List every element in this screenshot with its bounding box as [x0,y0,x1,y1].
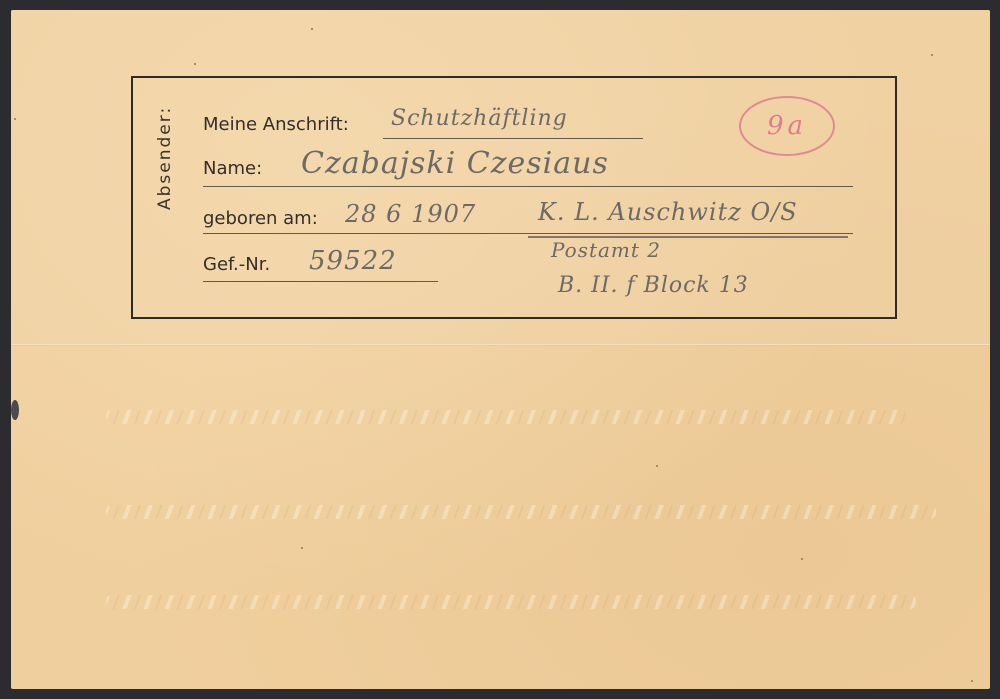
gef-nr-value: 59522 [309,246,397,276]
anschrift-label: Meine Anschrift: [203,114,349,135]
geboren-label: geboren am: [203,208,318,229]
geboren-value: 28 6 1907 [345,200,476,228]
paper-speck [801,558,803,560]
name-rule [203,186,853,187]
embossed-text-row [106,505,936,519]
paper-speck [656,465,658,467]
anschrift-rule [383,138,643,139]
address-line-3: B. II. f Block 13 [558,273,749,298]
paper-speck [931,54,933,56]
absender-label: Absender: [155,106,175,210]
sender-box: Absender: Meine Anschrift: Schutzhäftlin… [131,76,897,319]
paper-speck [971,680,973,682]
letter-sheet: Absender: Meine Anschrift: Schutzhäftlin… [11,10,990,689]
anschrift-value: Schutzhäftling [391,106,568,131]
address-line-2: Postamt 2 [551,238,661,262]
gef-nr-rule [203,281,438,282]
paper-speck [194,63,196,65]
embossed-text-row [106,410,906,424]
name-value: Czabajski Czesiaus [301,146,609,181]
embossed-text-row [106,595,916,609]
address-line-1: K. L. Auschwitz O/S [538,198,798,226]
paper-speck [14,118,16,120]
paper-speck [311,28,313,30]
ink-blot [11,400,19,420]
censor-mark: 9a [739,96,835,156]
gef-nr-label: Gef.-Nr. [203,254,270,275]
name-label: Name: [203,158,262,179]
geboren-rule [203,233,853,234]
fold-line [11,344,990,346]
paper-speck [301,547,303,549]
